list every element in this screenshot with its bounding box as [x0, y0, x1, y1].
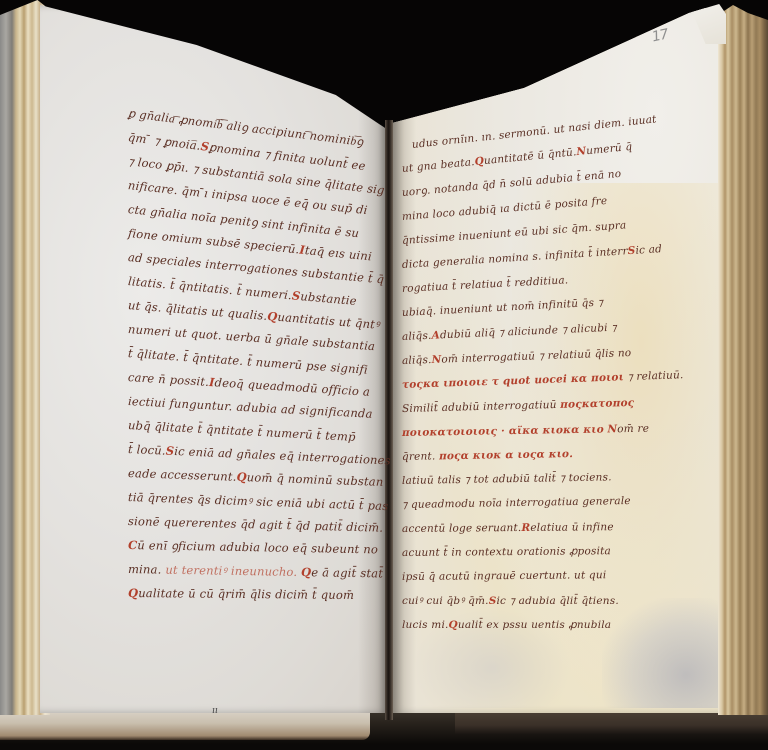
greek-rubric: ποςα κιοκ α ιοςα κιο. [439, 448, 573, 462]
text-line: cuiꝰ cui q̄bꝰ q̄m̄.Sic ⁊ adubia q̄lit̄ q… [402, 596, 619, 607]
left-page-block-bottom-edge [0, 712, 370, 740]
book-gutter [385, 120, 393, 720]
rubric-initial: Q [128, 586, 138, 600]
text-line: accentū loge seruant.Relatiua ū infine [402, 522, 614, 534]
greek-rubric: ποςκατοπος [560, 397, 634, 411]
folio-number: 17 [651, 27, 670, 46]
right-page-edges [718, 5, 768, 715]
manuscript-photo: 17 ıı ꝑ gn̄alia͞ ꝓnomi͞b͞ aliꝯ accipiunt… [0, 0, 768, 750]
rubric-initial: Q [236, 470, 247, 484]
text-line: ipsū q̄ acutū ingrauē cuertunt. ut qui [402, 570, 606, 582]
rubric-initial: N [607, 423, 617, 435]
left-page-footer-mark: ıı [212, 706, 218, 716]
text-line: Qualitate ū cū q̄rim̄ q̄lis dicim̄ t̄ qu… [128, 588, 354, 601]
rubric-initial: Q [449, 619, 458, 631]
text-line: lucis mi.Qualit̄ ex pssu uentis ꝓnubila [402, 620, 611, 631]
right-board-edge [455, 712, 768, 734]
grey-stain [602, 598, 722, 708]
rubric-quotation: ut terentiꝰ ineunucho. [165, 563, 297, 579]
rubric-initial: S [489, 595, 497, 607]
text-line: acuunt t̄ in contextu orationis ꝓposita [402, 546, 611, 558]
